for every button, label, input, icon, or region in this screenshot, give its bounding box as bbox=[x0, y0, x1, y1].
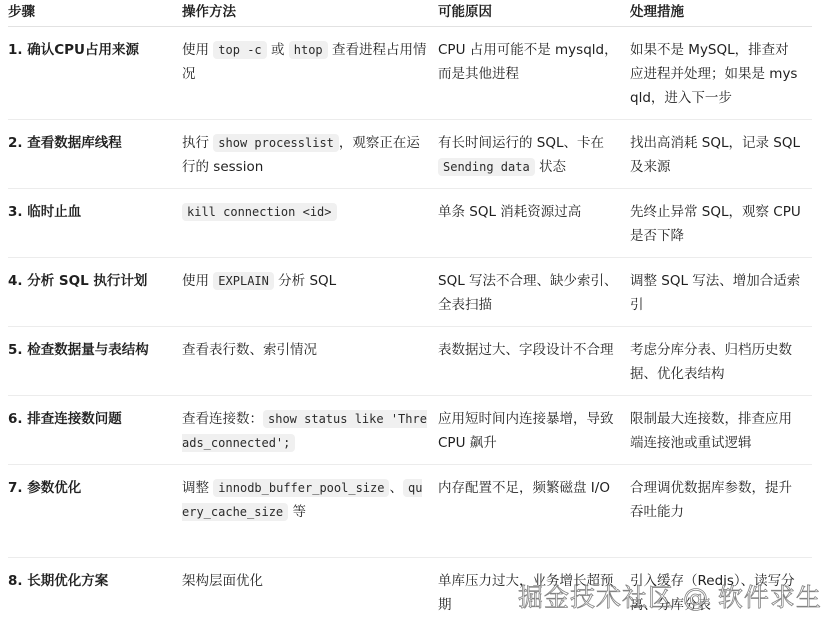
cell-method: 调整 innodb_buffer_pool_size、query_cache_s… bbox=[182, 465, 438, 557]
table-header-row: 步骤 操作方法 可能原因 处理措施 bbox=[8, 0, 812, 27]
table-row: 6. 排查连接数问题查看连接数：show status like 'Thread… bbox=[8, 396, 812, 465]
table-row: 7. 参数优化调整 innodb_buffer_pool_size、query_… bbox=[8, 465, 812, 558]
cell-cause: 内存配置不足，频繁磁盘 I/O bbox=[438, 465, 630, 557]
header-step: 步骤 bbox=[8, 0, 182, 26]
cell-method: 查看连接数：show status like 'Threads_connecte… bbox=[182, 396, 438, 464]
cell-cause: 单条 SQL 消耗资源过高 bbox=[438, 189, 630, 257]
table-row: 4. 分析 SQL 执行计划使用 EXPLAIN 分析 SQLSQL 写法不合理… bbox=[8, 258, 812, 327]
table-row: 1. 确认CPU占用来源使用 top -c 或 htop 查看进程占用情况CPU… bbox=[8, 27, 812, 120]
cell-method: 使用 top -c 或 htop 查看进程占用情况 bbox=[182, 27, 438, 119]
table-body: 1. 确认CPU占用来源使用 top -c 或 htop 查看进程占用情况CPU… bbox=[8, 27, 812, 628]
cell-action: 找出高消耗 SQL，记录 SQL 及来源 bbox=[630, 120, 812, 188]
cell-step: 5. 检查数据量与表结构 bbox=[8, 327, 182, 395]
watermark: 掘金技术社区 @ 软件求生 bbox=[518, 578, 822, 614]
cell-method: 执行 show processlist，观察正在运行的 session bbox=[182, 120, 438, 188]
table-row: 5. 检查数据量与表结构查看表行数、索引情况表数据过大、字段设计不合理考虑分库分… bbox=[8, 327, 812, 396]
code-snippet: show status like 'Threads_connected'; bbox=[182, 410, 427, 452]
cell-step: 2. 查看数据库线程 bbox=[8, 120, 182, 188]
code-snippet: EXPLAIN bbox=[213, 272, 274, 290]
code-snippet: htop bbox=[289, 41, 328, 59]
code-snippet: top -c bbox=[213, 41, 266, 59]
cell-cause: SQL 写法不合理、缺少索引、全表扫描 bbox=[438, 258, 630, 326]
cell-method: 架构层面优化 bbox=[182, 558, 438, 628]
cell-step: 6. 排查连接数问题 bbox=[8, 396, 182, 464]
cell-step: 4. 分析 SQL 执行计划 bbox=[8, 258, 182, 326]
cell-action: 调整 SQL 写法、增加合适索引 bbox=[630, 258, 812, 326]
cell-action: 考虑分库分表、归档历史数据、优化表结构 bbox=[630, 327, 812, 395]
troubleshooting-table: 步骤 操作方法 可能原因 处理措施 1. 确认CPU占用来源使用 top -c … bbox=[8, 0, 812, 628]
cell-cause: 表数据过大、字段设计不合理 bbox=[438, 327, 630, 395]
cell-action: 先终止异常 SQL，观察 CPU 是否下降 bbox=[630, 189, 812, 257]
cell-cause: 应用短时间内连接暴增，导致 CPU 飙升 bbox=[438, 396, 630, 464]
cell-action: 限制最大连接数，排查应用端连接池或重试逻辑 bbox=[630, 396, 812, 464]
cell-cause: CPU 占用可能不是 mysqld，而是其他进程 bbox=[438, 27, 630, 119]
table-row: 3. 临时止血kill connection <id>单条 SQL 消耗资源过高… bbox=[8, 189, 812, 258]
code-snippet: innodb_buffer_pool_size bbox=[213, 479, 389, 497]
cell-method: kill connection <id> bbox=[182, 189, 438, 257]
header-method: 操作方法 bbox=[182, 0, 438, 26]
header-cause: 可能原因 bbox=[438, 0, 630, 26]
code-snippet: kill connection <id> bbox=[182, 203, 337, 221]
code-snippet: show processlist bbox=[213, 134, 339, 152]
cell-method: 查看表行数、索引情况 bbox=[182, 327, 438, 395]
cell-method: 使用 EXPLAIN 分析 SQL bbox=[182, 258, 438, 326]
cell-step: 1. 确认CPU占用来源 bbox=[8, 27, 182, 119]
code-snippet: Sending data bbox=[438, 158, 535, 176]
cell-action: 如果不是 MySQL，排查对应进程并处理；如果是 mysqld，进入下一步 bbox=[630, 27, 812, 119]
cell-action: 合理调优数据库参数，提升吞吐能力 bbox=[630, 465, 812, 557]
cell-step: 7. 参数优化 bbox=[8, 465, 182, 557]
header-action: 处理措施 bbox=[630, 0, 812, 26]
cell-step: 8. 长期优化方案 bbox=[8, 558, 182, 628]
cell-cause: 有长时间运行的 SQL、卡在 Sending data 状态 bbox=[438, 120, 630, 188]
cell-step: 3. 临时止血 bbox=[8, 189, 182, 257]
table-row: 2. 查看数据库线程执行 show processlist，观察正在运行的 se… bbox=[8, 120, 812, 189]
